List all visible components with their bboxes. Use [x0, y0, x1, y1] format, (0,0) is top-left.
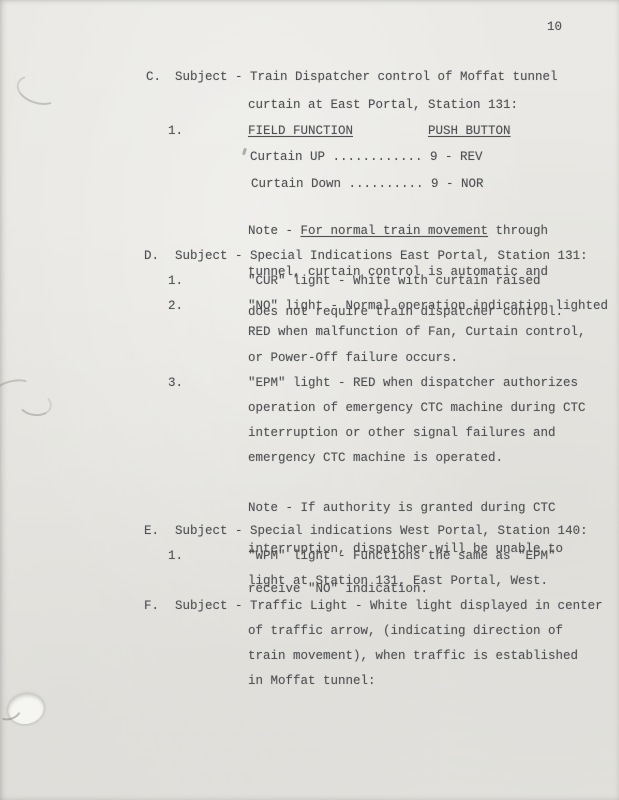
paper-scratch-mark — [0, 696, 25, 724]
section-f-heading-cont: in Moffat tunnel: — [248, 674, 376, 688]
item-text: light at Station 131, East Portal, West. — [248, 574, 548, 588]
section-e-heading: Subject - Special indications West Porta… — [175, 524, 588, 538]
table-header-push-button: PUSH BUTTON — [428, 124, 511, 138]
note-prefix: Note - — [248, 224, 301, 238]
section-c-heading-cont: curtain at East Portal, Station 131: — [248, 98, 518, 112]
item-text: operation of emergency CTC machine durin… — [248, 401, 586, 415]
note-underlined-phrase: For normal train movement — [301, 224, 489, 238]
item-number: 1. — [168, 274, 183, 288]
page-number: 10 — [547, 20, 562, 34]
item-text: "CUR" light - White with curtain raised — [248, 274, 541, 288]
section-letter-f: F. — [144, 599, 159, 613]
ink-stray-mark — [242, 148, 247, 156]
item-text: "WPM" light - Functions the same as "EPM… — [248, 549, 556, 563]
section-letter-c: C. — [146, 70, 161, 84]
table-row: Curtain Down .......... 9 - NOR — [251, 177, 484, 191]
item-text: "EPM" light - RED when dispatcher author… — [248, 376, 578, 390]
section-d-heading: Subject - Special Indications East Porta… — [175, 249, 588, 263]
section-f-heading-cont: of traffic arrow, (indicating direction … — [248, 624, 563, 638]
item-text: RED when malfunction of Fan, Curtain con… — [248, 325, 586, 339]
paper-crease-mark — [16, 390, 53, 418]
paper-crease-mark — [13, 70, 63, 110]
item-text: emergency CTC machine is operated. — [248, 451, 503, 465]
note-line: Note - For normal train movement through — [248, 225, 563, 238]
item-text: or Power-Off failure occurs. — [248, 351, 458, 365]
item-number: 2. — [168, 299, 183, 313]
section-letter-d: D. — [144, 249, 159, 263]
item-text: "NO" light - Normal operation indication… — [248, 299, 608, 313]
table-header-field-function: FIELD FUNCTION — [248, 124, 353, 138]
section-f-heading-cont: train movement), when traffic is establi… — [248, 649, 578, 663]
table-row: Curtain UP ............ 9 - REV — [250, 150, 483, 164]
item-number: 1. — [168, 549, 183, 563]
section-letter-e: E. — [144, 524, 159, 538]
note-suffix: through — [488, 224, 548, 238]
item-number: 1. — [168, 124, 183, 138]
note-line: Note - If authority is granted during CT… — [248, 502, 563, 515]
paper-hole-mark — [5, 691, 46, 728]
item-number: 3. — [168, 376, 183, 390]
paper-crease-mark — [0, 376, 33, 402]
item-text: interruption or other signal failures an… — [248, 426, 556, 440]
section-c-heading: Subject - Train Dispatcher control of Mo… — [175, 70, 558, 84]
section-f-heading: Subject - Traffic Light - White light di… — [175, 599, 603, 613]
scanned-document-page: 10 C. Subject - Train Dispatcher control… — [0, 0, 619, 800]
